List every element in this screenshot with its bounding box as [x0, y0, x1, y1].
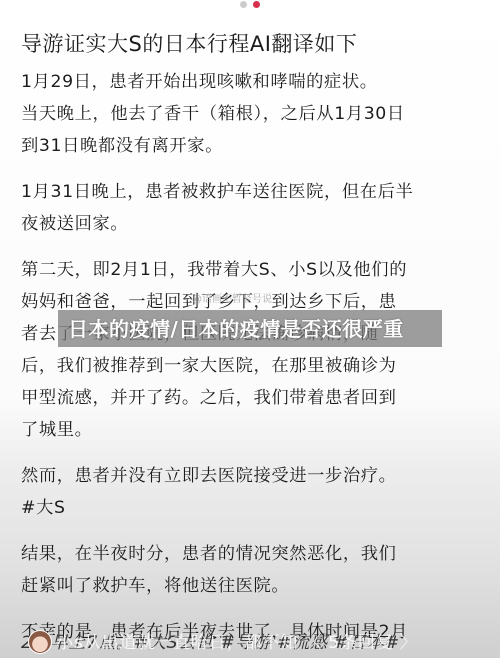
paragraph-3: 第二天，即2月1日，我带着大S、小S以及他们的 妈妈和爸爸，一起回到了乡下，到达… — [21, 254, 481, 446]
paragraph-4: 然而，患者并没有立即去医院接受进一步治疗。 #大S — [21, 460, 481, 524]
text-line: 第二天，即2月1日，我带着大S、小S以及他们的 — [21, 254, 481, 286]
pager-dot-inactive[interactable] — [240, 1, 247, 8]
text-line: 后，我们被推荐到一家大医院，在那里被确诊为 — [21, 350, 481, 382]
paragraph-2: 1月31日晚上，患者被救护车送往医院，但在后半 夜被送回家。 — [21, 176, 481, 240]
text-line: 赶紧叫了救护车，将他送往医院。 — [21, 570, 481, 602]
pager-dot-active[interactable] — [253, 1, 260, 8]
article-title: 导游证实大S的日本行程AI翻译如下 — [21, 30, 481, 58]
text-line: 1月29日，患者开始出现咳嗽和哮喘的症状。 — [21, 66, 481, 98]
text-line: 然而，患者并没有立即去医院接受进一步治疗。 — [21, 460, 481, 492]
comment-preview[interactable]: 小s从出道就一直哈日，都不知 〈 5条回复 〉 — [56, 628, 417, 653]
text-line: 到31日晚都没有离开家。 — [21, 130, 481, 162]
text-line: 结果，在半夜时分，患者的情况突然恶化，我们 — [21, 538, 481, 570]
image-pager-dots — [0, 0, 500, 11]
text-line: 1月31日晚上，患者被救护车送往医院，但在后半 — [21, 176, 481, 208]
comment-bar[interactable]: 2日早上7点。#大S去世 #导游 #流感 #日本# 小s从出道就一直哈日，都不知… — [0, 625, 500, 658]
user-avatar[interactable] — [28, 630, 52, 654]
paragraph-5: 结果，在半夜时分，患者的情况突然恶化，我们 赶紧叫了救护车，将他送往医院。 — [21, 538, 481, 602]
text-line: 当天晚上，他去了香干（箱根），之后从1月30日 — [21, 98, 481, 130]
hashtag[interactable]: #大S — [21, 492, 481, 524]
text-line: 了城里。 — [21, 414, 481, 446]
watermark: @语画不暂竖号说 — [192, 290, 272, 305]
text-line: 夜被送回家。 — [21, 208, 481, 240]
banner-title: 日本的疫情/日本的疫情是否还很严重 — [68, 313, 404, 342]
paragraph-1: 1月29日，患者开始出现咳嗽和哮喘的症状。 当天晚上，他去了香干（箱根），之后从… — [21, 66, 481, 162]
text-line: 甲型流感，并开了药。之后，我们带着患者回到 — [21, 382, 481, 414]
